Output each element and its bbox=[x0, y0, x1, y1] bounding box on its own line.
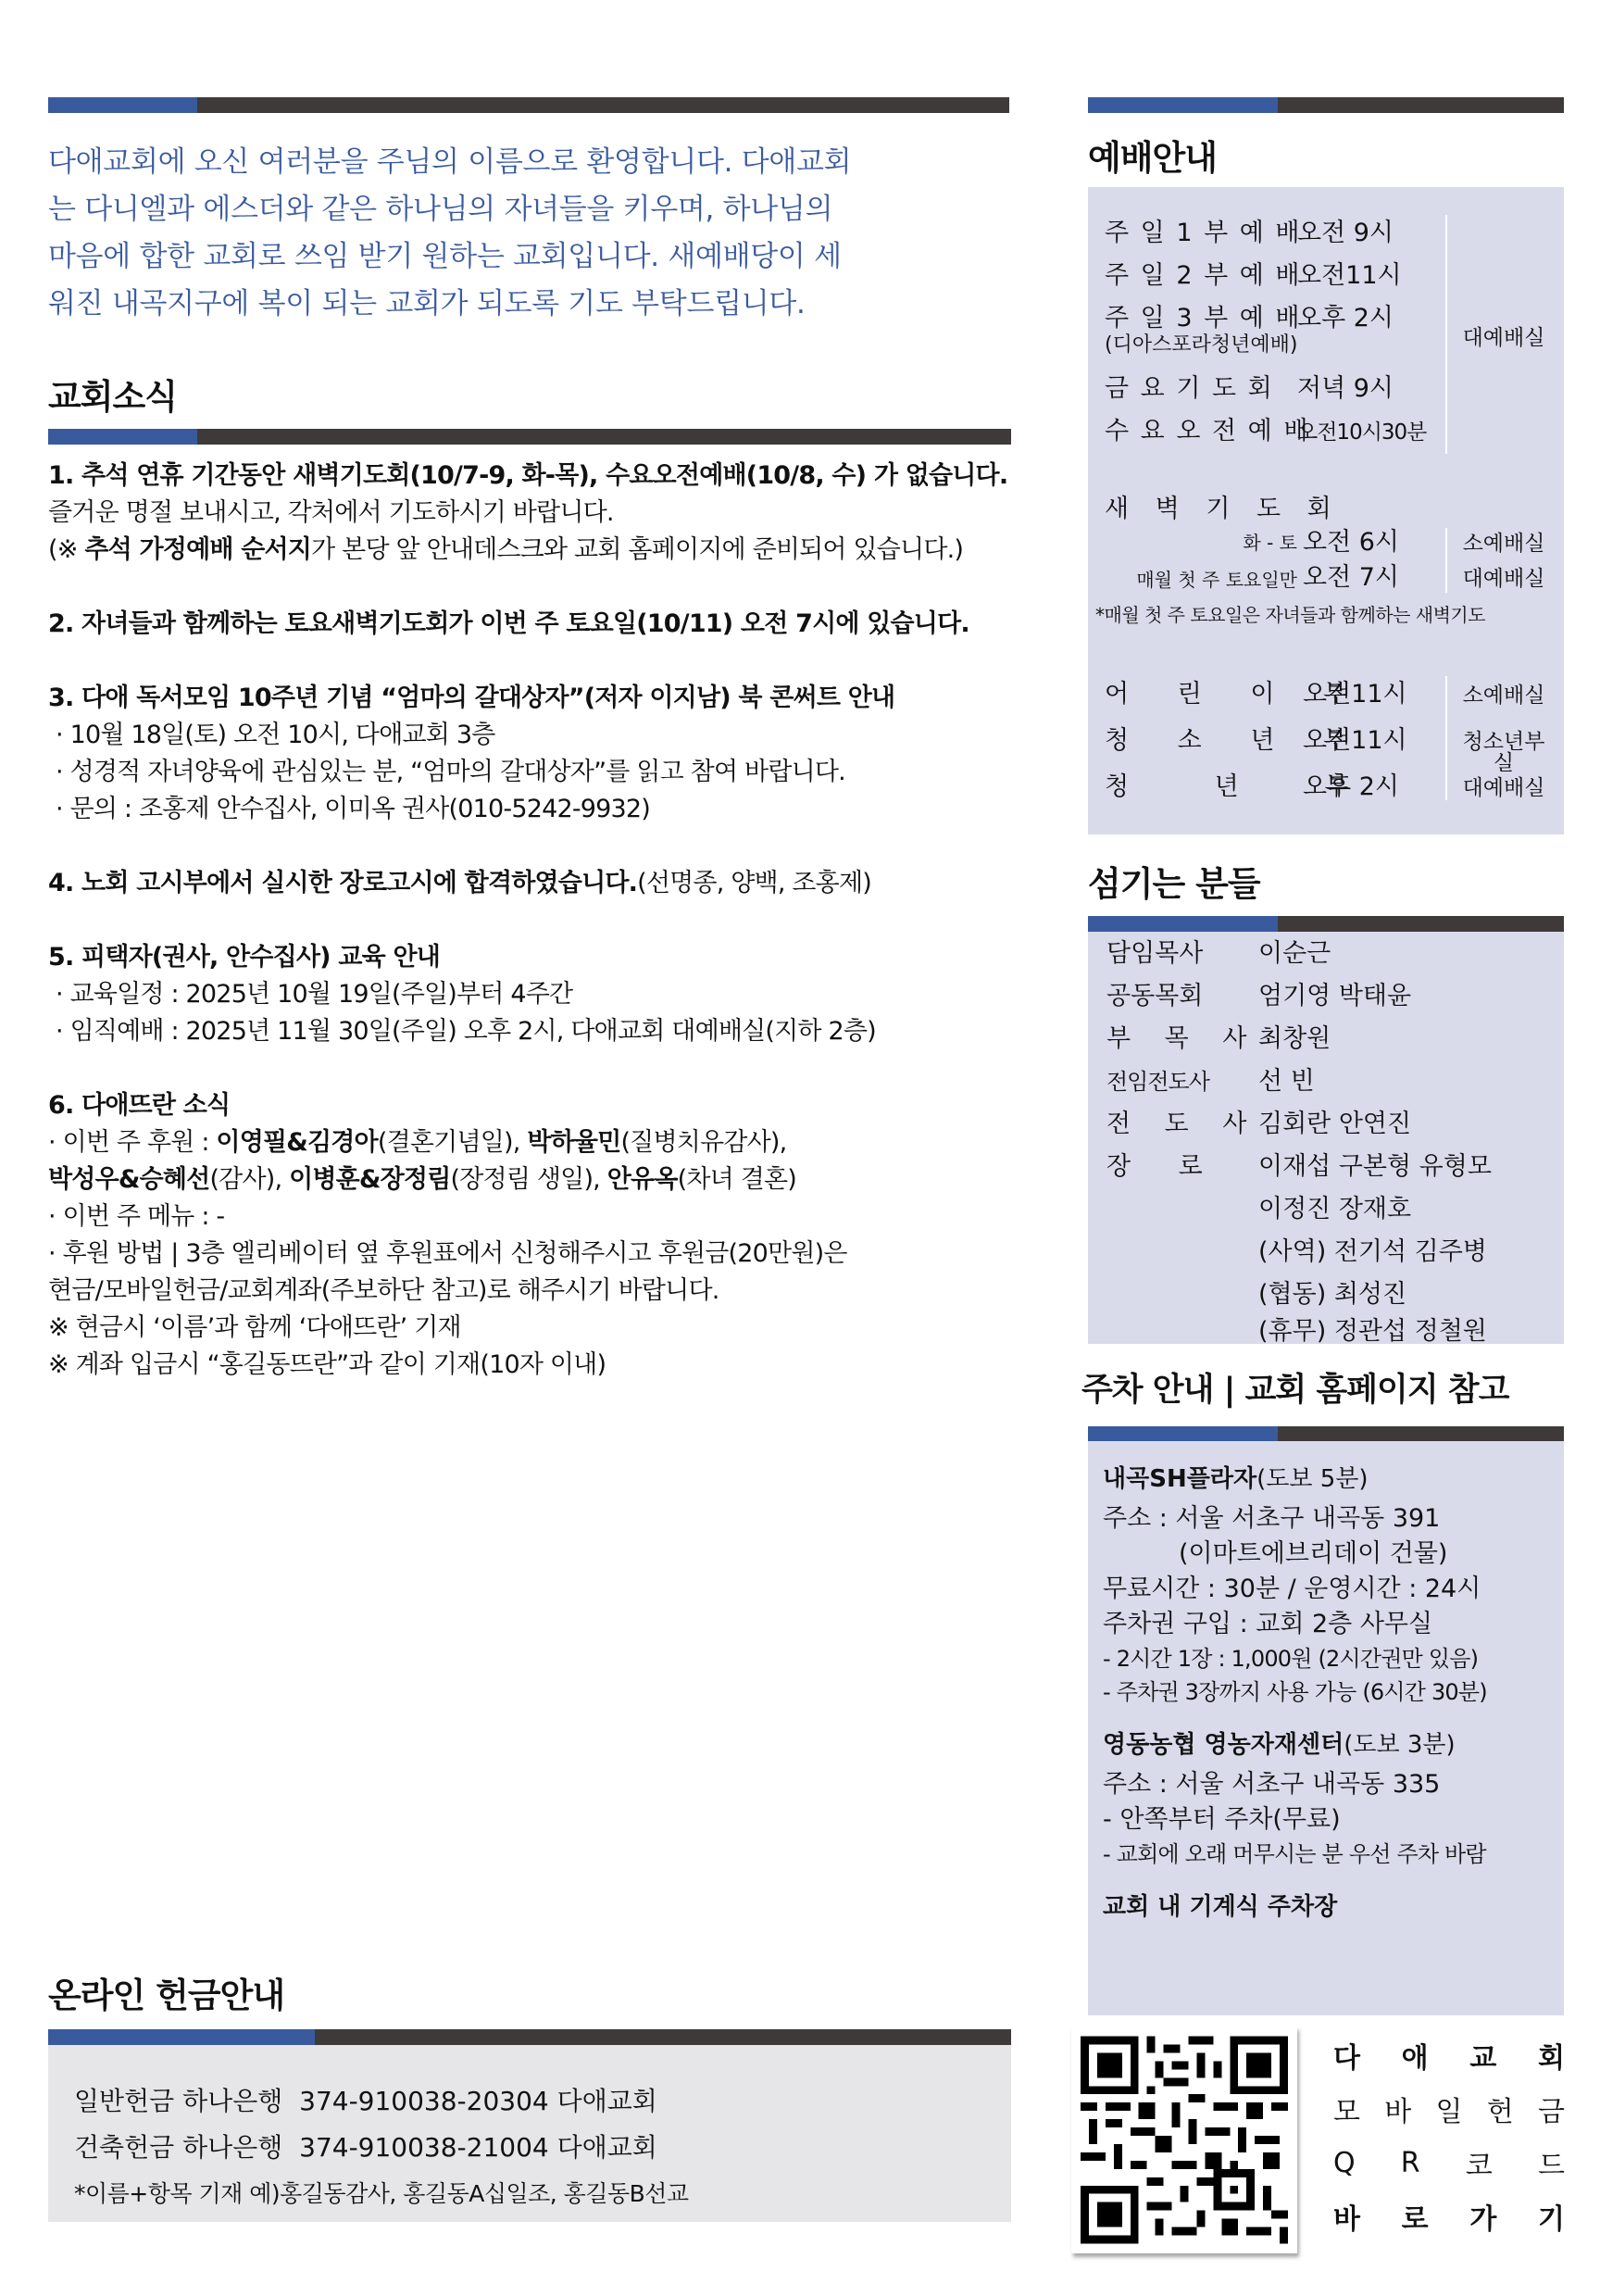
service-time: 오전10시30분 bbox=[1297, 422, 1426, 444]
account-type: 건축헌금 bbox=[74, 2132, 174, 2163]
servant-names: 최창원 bbox=[1258, 1026, 1331, 1051]
news-4-title: 4. 노회 고시부에서 실시한 장로고시에 합격하였습니다. bbox=[48, 869, 637, 897]
servant-row: 부 목 사최창원 bbox=[1106, 1026, 1331, 1051]
servant-row: 전임전도사선 빈 bbox=[1106, 1069, 1315, 1094]
parking-detail: - 2시간 1장 : 1,000원 (2시간권만 있음) bbox=[1103, 1642, 1564, 1675]
qr-char: R bbox=[1401, 2147, 1420, 2179]
parking-detail: - 주차권 3장까지 사용 가능 (6시간 30분) bbox=[1103, 1675, 1564, 1709]
news-2-title: 2. 자녀들과 함께하는 토요새벽기도회가 이번 주 토요일(10/11) 오전… bbox=[48, 606, 1011, 643]
worship-row: 수 요 오 전 예 배오전10시30분 bbox=[1105, 419, 1426, 444]
servant-names: 선 빈 bbox=[1258, 1069, 1315, 1094]
worship-heading: 예배안내 bbox=[1088, 141, 1217, 175]
qr-char: 코 bbox=[1466, 2142, 1493, 2183]
sponsor-name: 박하율민 bbox=[527, 1128, 620, 1157]
parking-location: 내곡SH플라자(도보 5분) bbox=[1103, 1460, 1564, 1494]
qr-char: 교 bbox=[1469, 2035, 1496, 2076]
room-label: 대예배실 bbox=[1453, 569, 1555, 590]
servant-row: 이정진 장재호 bbox=[1106, 1197, 1411, 1222]
servant-names: 엄기영 박태윤 bbox=[1258, 984, 1411, 1009]
parking-detail: 주소 : 서울 서초구 내곡동 335 bbox=[1103, 1767, 1564, 1802]
divider-line bbox=[1445, 676, 1447, 800]
divider-line bbox=[1445, 215, 1447, 454]
qr-code[interactable] bbox=[1071, 2026, 1297, 2253]
service-time: 오전 9시 bbox=[1297, 220, 1394, 245]
news-6-method-line: ※ 현금시 ‘이름’과 함께 ‘다애뜨란’ 기재 bbox=[48, 1310, 1011, 1347]
parking-heading: 주차 안내 | 교회 홈페이지 참고 bbox=[1081, 1374, 1508, 1407]
news-5-bullet: · 임직예배 : 2025년 11월 30일(주일) 오후 2시, 다애교회 대… bbox=[48, 1013, 1011, 1050]
top-divider-right bbox=[1088, 97, 1564, 113]
servant-role: 전 도 사 bbox=[1106, 1111, 1258, 1136]
online-offering-divider bbox=[48, 2029, 1011, 2045]
sponsor-reason: (결혼기념일), bbox=[378, 1128, 527, 1157]
news-1-note-bold: 추석 가정예배 순서지 bbox=[84, 535, 311, 564]
worship-row: 금 요 기 도 회저녁 9시 bbox=[1105, 376, 1394, 401]
account-holder: 다애교회 bbox=[557, 2132, 657, 2163]
servants-panel: 담임목사이순근 공동목회엄기영 박태윤 부 목 사최창원 전임전도사선 빈 전 … bbox=[1088, 932, 1564, 1344]
parking-detail: 주소 : 서울 서초구 내곡동 391 bbox=[1103, 1501, 1564, 1537]
service-time: 오전11시 bbox=[1297, 263, 1402, 288]
walk-time: (도보 3분) bbox=[1344, 1731, 1455, 1759]
worship-schedule-panel: 주 일 1 부 예 배오전 9시 주 일 2 부 예 배오전11시 주 일 3 … bbox=[1088, 187, 1564, 834]
qr-char: 로 bbox=[1402, 2196, 1429, 2237]
sponsor-name: 이병훈&장정림 bbox=[289, 1165, 450, 1194]
qr-char: 바 bbox=[1333, 2196, 1360, 2237]
qr-char: 가 bbox=[1469, 2196, 1496, 2237]
news-1-rest: 즐거운 명절 보내시고, 각처에서 기도하시기 바랍니다. bbox=[48, 498, 614, 527]
servant-row: (협동) 최성진 bbox=[1106, 1282, 1406, 1307]
servants-divider bbox=[1088, 916, 1564, 932]
welcome-line: 워진 내곡지구에 복이 되는 교회가 되도록 기도 부탁드립니다. bbox=[48, 281, 1002, 328]
qr-caption-line: QR코드 bbox=[1333, 2136, 1565, 2189]
news-divider bbox=[48, 429, 1011, 445]
servant-role: 장 로 bbox=[1106, 1154, 1258, 1179]
account-row: 건축헌금 하나은행 374-910038-21004 다애교회 bbox=[74, 2125, 1011, 2171]
news-heading: 교회소식 bbox=[48, 380, 177, 414]
qr-char: 기 bbox=[1538, 2196, 1565, 2237]
news-list: 1. 추석 연휴 기간동안 새벽기도회(10/7-9, 화-목), 수요오전예배… bbox=[48, 458, 1011, 1421]
qr-char: 다 bbox=[1333, 2035, 1360, 2076]
sponsor-reason: (차녀 결혼) bbox=[678, 1165, 796, 1194]
qr-char: 금 bbox=[1538, 2089, 1565, 2129]
department-time: 오전11시 bbox=[1303, 682, 1407, 707]
qr-char: Q bbox=[1333, 2147, 1356, 2179]
news-item-4: 4. 노회 고시부에서 실시한 장로고시에 합격하였습니다.(선명종, 양백, … bbox=[48, 865, 1011, 902]
welcome-line: 는 다니엘과 에스더와 같은 하나님의 자녀들을 키우며, 하나님의 bbox=[48, 186, 1002, 233]
welcome-line: 다애교회에 오신 여러분을 주님의 이름으로 환영합니다. 다애교회 bbox=[48, 139, 1002, 186]
servant-names: 이순근 bbox=[1258, 941, 1331, 966]
welcome-message: 다애교회에 오신 여러분을 주님의 이름으로 환영합니다. 다애교회 는 다니엘… bbox=[48, 139, 1002, 328]
parking-detail: 무료시간 : 30분 / 운영시간 : 24시 bbox=[1103, 1572, 1564, 1607]
news-5-title: 5. 피택자(권사, 안수집사) 교육 안내 bbox=[48, 939, 1011, 976]
account-number: 374-910038-21004 bbox=[299, 2132, 549, 2163]
qr-code-icon bbox=[1081, 2036, 1288, 2244]
qr-char: 일 bbox=[1436, 2089, 1463, 2129]
divider-line bbox=[1445, 528, 1447, 593]
location-name: 영동농협 영농자재센터 bbox=[1103, 1731, 1344, 1759]
top-divider-left bbox=[48, 97, 1009, 113]
account-number: 374-910038-20304 bbox=[299, 2086, 549, 2116]
onsite-parking: 교회 내 기계식 주차장 bbox=[1103, 1888, 1564, 1922]
room-label: 대예배실 bbox=[1453, 778, 1555, 799]
news-6-method-line: · 후원 방법 | 3층 엘리베이터 옆 후원표에서 신청해주시고 후원금(20… bbox=[48, 1236, 1011, 1273]
online-offering-heading: 온라인 헌금안내 bbox=[48, 1978, 284, 2013]
department-time: 오후 2시 bbox=[1303, 774, 1399, 799]
news-item-5: 5. 피택자(권사, 안수집사) 교육 안내 · 교육일정 : 2025년 10… bbox=[48, 939, 1011, 1050]
parking-panel: 내곡SH플라자(도보 5분) 주소 : 서울 서초구 내곡동 391 (이마트에… bbox=[1088, 1441, 1564, 2015]
news-item-6: 6. 다애뜨란 소식 · 이번 주 후원 : 이영필&김경아(결혼기념일), 박… bbox=[48, 1087, 1011, 1384]
news-item-2: 2. 자녀들과 함께하는 토요새벽기도회가 이번 주 토요일(10/11) 오전… bbox=[48, 606, 1011, 643]
sponsor-name: 이영필&김경아 bbox=[216, 1128, 377, 1157]
news-3-bullet: · 문의 : 조홍제 안수집사, 이미옥 권사(010-5242-9932) bbox=[48, 791, 1011, 828]
servant-row: 장 로이재섭 구본형 유형모 bbox=[1106, 1154, 1492, 1179]
dawn-prayer-name: 새 벽 기 도 회 bbox=[1105, 496, 1341, 521]
welcome-line: 마음에 합한 교회로 쓰임 받기 원하는 교회입니다. 새예배당이 세 bbox=[48, 233, 1002, 281]
worship-row: 주 일 3 부 예 배오후 2시 bbox=[1105, 306, 1394, 331]
service-name: 주 일 3 부 예 배 bbox=[1105, 306, 1297, 331]
news-4-rest: (선명종, 양백, 조홍제) bbox=[637, 869, 871, 897]
qr-char: 애 bbox=[1402, 2035, 1429, 2076]
news-6-title: 6. 다애뜨란 소식 bbox=[48, 1087, 1011, 1124]
qr-char: 드 bbox=[1538, 2142, 1565, 2183]
dawn-time: 오전 6시 bbox=[1303, 530, 1399, 555]
service-name: 주 일 2 부 예 배 bbox=[1105, 263, 1297, 288]
servants-heading: 섬기는 분들 bbox=[1088, 867, 1260, 901]
qr-char: 회 bbox=[1538, 2035, 1565, 2076]
servant-names: (사역) 전기석 김주병 bbox=[1258, 1239, 1487, 1264]
qr-caption: 다애교회 모바일헌금 QR코드 바로가기 bbox=[1333, 2028, 1565, 2243]
department-time: 오전11시 bbox=[1303, 728, 1407, 753]
account-type: 일반헌금 bbox=[74, 2086, 174, 2116]
servant-row: (휴무) 정관섭 정철원 bbox=[1106, 1319, 1487, 1344]
news-5-bullet: · 교육일정 : 2025년 10월 19일(주일)부터 4주간 bbox=[48, 976, 1011, 1013]
servant-row: (사역) 전기석 김주병 bbox=[1106, 1239, 1487, 1264]
parking-divider bbox=[1088, 1426, 1564, 1442]
service-name: 수 요 오 전 예 배 bbox=[1105, 419, 1297, 444]
location-name: 내곡SH플라자 bbox=[1103, 1465, 1256, 1493]
servant-row: 전 도 사김회란 안연진 bbox=[1106, 1111, 1411, 1136]
news-3-bullet: · 성경적 자녀양육에 관심있는 분, “엄마의 갈대상자”를 읽고 참여 바랍… bbox=[48, 754, 1011, 791]
account-bank: 하나은행 bbox=[182, 2086, 282, 2116]
servant-names: (휴무) 정관섭 정철원 bbox=[1258, 1319, 1487, 1344]
service-time: 저녁 9시 bbox=[1297, 376, 1394, 401]
news-1-title: 1. 추석 연휴 기간동안 새벽기도회(10/7-9, 화-목), 수요오전예배… bbox=[48, 461, 1007, 490]
servant-role: 담임목사 bbox=[1106, 941, 1258, 966]
sponsor-label: · 이번 주 후원 : bbox=[48, 1128, 216, 1157]
sponsor-reason: (질병치유감사), bbox=[620, 1128, 786, 1157]
room-label: 청소년부실 bbox=[1453, 732, 1555, 774]
qr-caption-line: 모바일헌금 bbox=[1333, 2082, 1565, 2136]
servant-names: 이정진 장재호 bbox=[1258, 1197, 1411, 1222]
servant-names: 김회란 안연진 bbox=[1258, 1111, 1411, 1136]
dawn-label: 매월 첫 주 토요일만 bbox=[1088, 571, 1297, 589]
news-6-sponsors: · 이번 주 후원 : 이영필&김경아(결혼기념일), 박하율민(질병치유감사)… bbox=[48, 1124, 1011, 1198]
news-6-method-line: ※ 계좌 입금시 “홍길동뜨란”과 같이 기재(10자 이내) bbox=[48, 1347, 1011, 1384]
account-bank: 하나은행 bbox=[182, 2132, 282, 2163]
servant-names: (협동) 최성진 bbox=[1258, 1282, 1406, 1307]
parking-detail: - 교회에 오래 머무시는 분 우선 주차 바람 bbox=[1103, 1838, 1564, 1871]
servant-role: 부 목 사 bbox=[1106, 1026, 1258, 1051]
dawn-time: 오전 7시 bbox=[1303, 565, 1399, 590]
news-item-3: 3. 다애 독서모임 10주년 기념 “엄마의 갈대상자”(저자 이지남) 북 … bbox=[48, 680, 1011, 828]
servant-row: 공동목회엄기영 박태윤 bbox=[1106, 984, 1411, 1009]
sponsor-reason: (장정림 생일), bbox=[451, 1165, 607, 1194]
qr-caption-line: 바로가기 bbox=[1333, 2189, 1565, 2243]
online-offering-box: 일반헌금 하나은행 374-910038-20304 다애교회 건축헌금 하나은… bbox=[48, 2045, 1011, 2222]
servant-row: 담임목사이순근 bbox=[1106, 941, 1331, 966]
worship-row: 주 일 1 부 예 배오전 9시 bbox=[1105, 220, 1394, 245]
news-6-method-line: 현금/모바일헌금/교회계좌(주보하단 참고)로 해주시기 바랍니다. bbox=[48, 1273, 1011, 1310]
walk-time: (도보 5분) bbox=[1256, 1465, 1368, 1493]
sponsor-reason: (감사), bbox=[209, 1165, 289, 1194]
offering-note: *이름+항목 기재 예)홍길동감사, 홍길동A십일조, 홍길동B선교 bbox=[74, 2171, 1011, 2217]
qr-char: 모 bbox=[1333, 2089, 1360, 2129]
servant-role: 공동목회 bbox=[1106, 984, 1258, 1009]
room-label: 대예배실 bbox=[1453, 328, 1555, 349]
service-name: 금 요 기 도 회 bbox=[1105, 376, 1297, 401]
qr-char: 헌 bbox=[1487, 2089, 1514, 2129]
parking-location: 영동농협 영농자재센터(도보 3분) bbox=[1103, 1725, 1564, 1760]
qr-caption-line: 다애교회 bbox=[1333, 2028, 1565, 2082]
dawn-note: *매월 첫 주 토요일은 자녀들과 함께하는 새벽기도 bbox=[1095, 600, 1485, 627]
news-3-title: 3. 다애 독서모임 10주년 기념 “엄마의 갈대상자”(저자 이지남) 북 … bbox=[48, 680, 1011, 717]
news-1-note-rest: 가 본당 앞 안내데스크와 교회 홈페이지에 준비되어 있습니다.) bbox=[311, 535, 963, 564]
dawn-label: 화 - 토 bbox=[1088, 533, 1297, 552]
news-6-menu: · 이번 주 메뉴 : - bbox=[48, 1198, 1011, 1236]
servant-names: 이재섭 구본형 유형모 bbox=[1258, 1154, 1492, 1179]
sponsor-name: 안유옥 bbox=[607, 1165, 678, 1194]
news-1-note-prefix: (※ bbox=[48, 535, 84, 564]
parking-detail: (이마트에브리데이 건물) bbox=[1103, 1537, 1564, 1572]
room-label: 소예배실 bbox=[1453, 685, 1555, 707]
news-3-bullet: · 10월 18일(토) 오전 10시, 다애교회 3층 bbox=[48, 717, 1011, 754]
worship-row: 주 일 2 부 예 배오전11시 bbox=[1105, 263, 1402, 288]
service-subtitle: (디아스포라청년예배) bbox=[1105, 335, 1297, 356]
qr-char: 바 bbox=[1384, 2089, 1411, 2129]
sponsor-name: 박성우&승혜선 bbox=[48, 1165, 209, 1194]
service-time: 오후 2시 bbox=[1297, 306, 1394, 331]
news-item-1: 1. 추석 연휴 기간동안 새벽기도회(10/7-9, 화-목), 수요오전예배… bbox=[48, 458, 1011, 569]
room-label: 소예배실 bbox=[1453, 533, 1555, 555]
service-name: 주 일 1 부 예 배 bbox=[1105, 220, 1297, 245]
parking-detail: 주차권 구입 : 교회 2층 사무실 bbox=[1103, 1607, 1564, 1642]
account-holder: 다애교회 bbox=[557, 2086, 657, 2116]
account-row: 일반헌금 하나은행 374-910038-20304 다애교회 bbox=[74, 2078, 1011, 2125]
parking-detail: - 안쪽부터 주차(무료) bbox=[1103, 1802, 1564, 1838]
servant-role: 전임전도사 bbox=[1106, 1071, 1258, 1093]
